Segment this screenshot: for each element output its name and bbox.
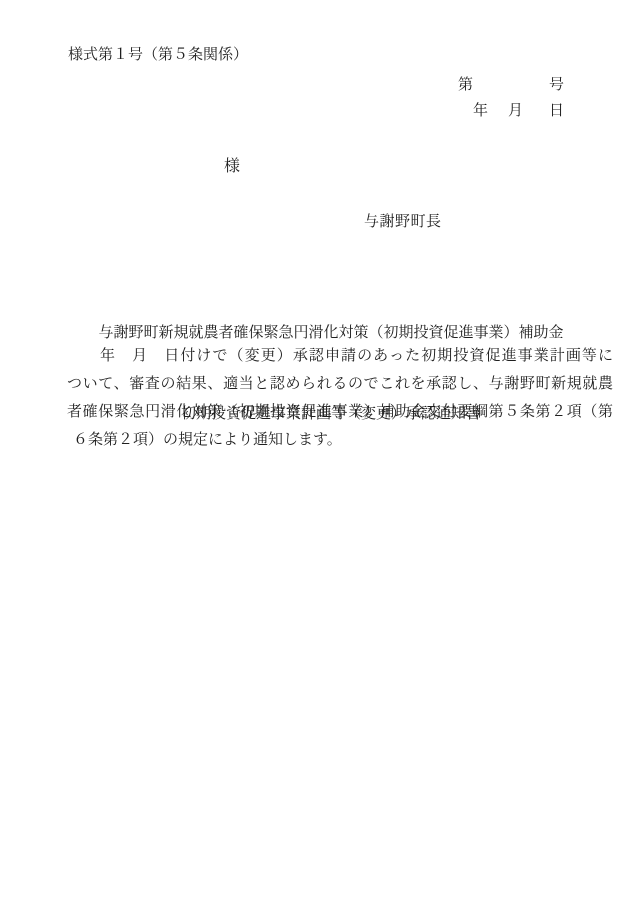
document-page: 様式第１号（第５条関係） 第 号 年 月 日 様 与謝野町長 与謝野町新規就農者… xyxy=(0,0,630,903)
body-line-2: ついて、審査の結果、適当と認められるのでこれを承認し、与謝野町新規就農 xyxy=(67,370,613,398)
addressee-honorific-label: 様 xyxy=(224,158,240,176)
body-line-3: 者確保緊急円滑化対策（初期投資促進事業）補助金交付要綱第５条第２項（第 xyxy=(67,398,613,426)
date-month-label: 月 xyxy=(508,103,523,120)
date-year-label: 年 xyxy=(473,103,488,120)
body-line-1: 年 月 日付けで（変更）承認申請のあった初期投資促進事業計画等に xyxy=(67,342,613,370)
form-number-label: 様式第１号（第５条関係） xyxy=(68,47,248,64)
doc-number-suffix-label: 号 xyxy=(549,77,564,94)
body-line-4: ６条第２項）の規定により通知します。 xyxy=(67,426,613,454)
date-day-label: 日 xyxy=(549,103,564,120)
body-paragraph: 年 月 日付けで（変更）承認申請のあった初期投資促進事業計画等に ついて、審査の… xyxy=(67,342,613,454)
sender-title-label: 与謝野町長 xyxy=(364,214,442,231)
doc-number-prefix-label: 第 xyxy=(458,77,473,94)
